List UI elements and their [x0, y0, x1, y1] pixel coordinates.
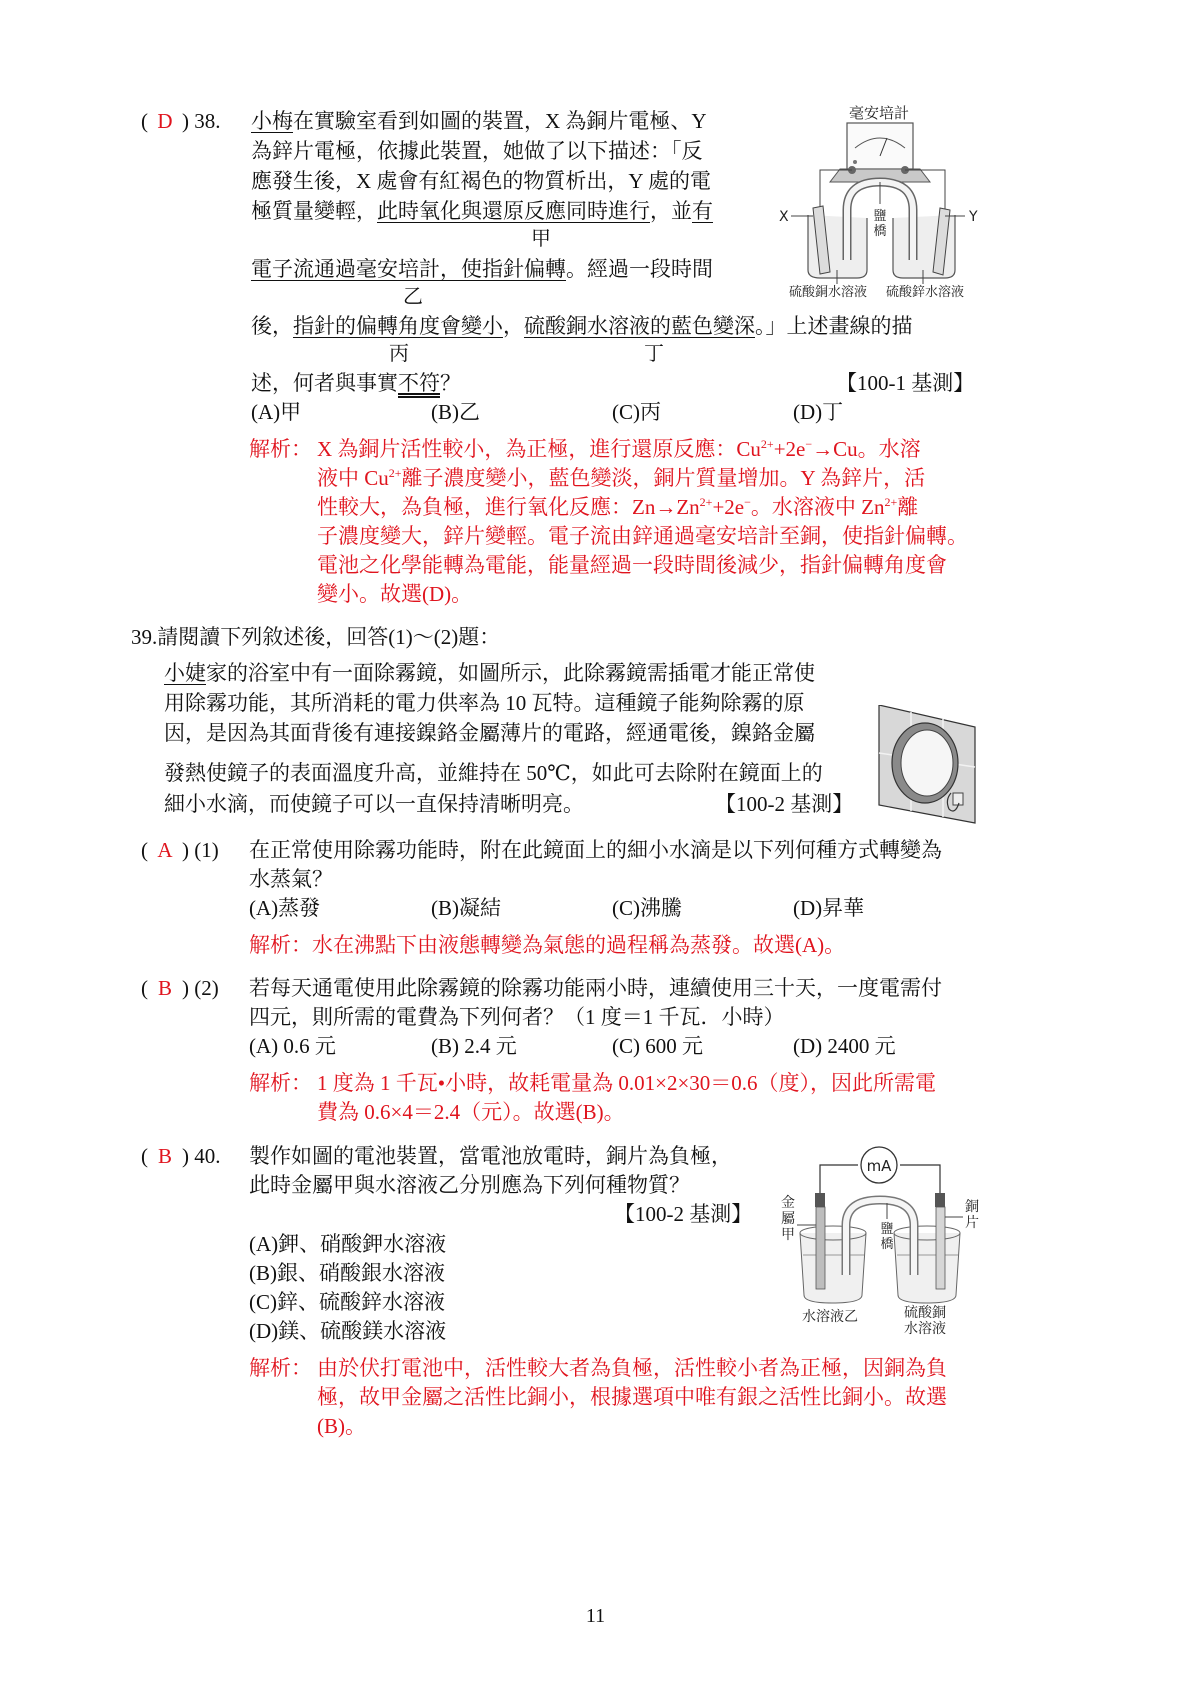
- meter-label: 毫安培計: [849, 104, 909, 122]
- svg-text:橋: 橋: [873, 223, 886, 239]
- question-text-line: 電子流通過毫安培計，使指針偏轉。經過一段時間: [251, 254, 713, 284]
- text-span: +2e: [774, 437, 806, 461]
- text-span: 述，何者與事實: [251, 371, 398, 395]
- passage-line: 小婕家的浴室中有一面除霧鏡，如圖所示，此除霧鏡需插電才能正常使: [164, 658, 815, 688]
- option-d: (D)鎂、硫酸鎂水溶液: [249, 1316, 446, 1346]
- analysis-line: 極，故甲金屬之活性比銅小，根據選項中唯有銀之活性比銅小。故選: [317, 1382, 947, 1412]
- answer-letter: B: [148, 973, 182, 1003]
- question-text-line: 若每天通電使用此除霧鏡的除霧功能兩小時，連續使用三十天，一度電需付: [249, 973, 942, 1003]
- passage-line: 因，是因為其面背後有連接鎳鉻金屬薄片的電路，經通電後，鎳鉻金屬: [164, 718, 815, 748]
- text-span: 極質量變輕，: [251, 199, 377, 223]
- superscript: 2+: [884, 495, 897, 509]
- answer-bracket-40: (B) 40.: [141, 1141, 221, 1171]
- question-text-line: 製作如圖的電池裝置，當電池放電時，銅片為負極，: [249, 1141, 732, 1171]
- question-text-line: 極質量變輕，此時氧化與還原反應同時進行，並有: [251, 196, 713, 226]
- answer-bracket-38: (D) 38.: [141, 106, 221, 136]
- analysis-line: (B)。: [317, 1411, 366, 1441]
- text-span: 家的浴室中有一面除霧鏡，如圖所示，此除霧鏡需插電才能正常使: [206, 661, 815, 685]
- answer-letter: A: [148, 835, 182, 865]
- superscript: 2+: [389, 466, 402, 480]
- option-c: (C)丙: [612, 397, 661, 427]
- option-c: (C) 600 元: [612, 1031, 703, 1061]
- text-span: ，: [503, 314, 524, 338]
- right-solution-label: 硫酸鋅水溶液: [886, 284, 964, 300]
- galvanic-cell-diagram: 毫安培計 鹽 橋 X: [775, 100, 985, 300]
- left-solution-label: 水溶液乙: [802, 1308, 858, 1325]
- analysis-label: 解析：: [249, 1353, 312, 1383]
- battery-diagram: mA 鹽 橋 金 屬 甲 銅 片: [780, 1145, 980, 1335]
- galvanic-cell-figure-38: 毫安培計 鹽 橋 X: [775, 100, 985, 300]
- analysis-line: 解析：水在沸點下由液態轉變為氣態的過程稱為蒸發。故選(A)。: [249, 930, 845, 960]
- question-39-header: 39.請閱讀下列敘述後，回答(1)～(2)題：: [131, 622, 500, 652]
- question-text-line: 後，指針的偏轉角度會變小，硫酸銅水溶液的藍色變深。」上述畫線的描: [251, 311, 913, 341]
- question-intro: 請閱讀下列敘述後，回答(1)～(2)題：: [157, 625, 500, 649]
- defog-mirror-illustration: [875, 705, 980, 825]
- option-d: (D)丁: [793, 397, 843, 427]
- svg-text:屬: 屬: [781, 1211, 795, 1227]
- marker-yi: 乙: [403, 282, 423, 312]
- text-span: +2e: [712, 495, 744, 519]
- analysis-line: 由於伏打電池中，活性較大者為負極，活性較小者為正極，因銅為負: [317, 1353, 947, 1383]
- person-name: 小婕: [164, 661, 206, 685]
- answer-letter: B: [148, 1141, 182, 1171]
- text-span: →Cu。水溶: [812, 437, 921, 461]
- text-span: 離子濃度變小，藍色變淡，銅片質量增加。Y 為鋅片，活: [402, 466, 926, 490]
- question-text-line: 四元，則所需的電費為下列何者？（1 度＝1 千瓦．小時）: [249, 1002, 785, 1032]
- svg-text:橋: 橋: [880, 1236, 893, 1252]
- right-solution-label: 硫酸銅: [904, 1305, 946, 1321]
- bracket-close: ): [182, 838, 189, 862]
- underlined-statement-bing: 指針的偏轉角度會變小: [293, 314, 503, 338]
- option-a: (A) 0.6 元: [249, 1031, 336, 1061]
- analysis-line: 電池之化學能轉為電能，能量經過一段時間後減少，指針偏轉角度會: [317, 550, 947, 580]
- text-span: 在實驗室看到如圖的裝置，X 為銅片電極、Y: [293, 109, 707, 133]
- bracket-close: ): [182, 976, 189, 1000]
- bracket-open: (: [141, 109, 148, 133]
- question-text-line: 小梅在實驗室看到如圖的裝置，X 為銅片電極、Y: [251, 106, 707, 136]
- passage-line: 用除霧功能，其所消耗的電力供率為 10 瓦特。這種鏡子能夠除霧的原: [164, 688, 805, 718]
- option-b: (B)銀、硝酸銀水溶液: [249, 1258, 445, 1288]
- analysis-line: 費為 0.6×4＝2.4（元）。故選(B)。: [317, 1097, 625, 1127]
- superscript: 2+: [761, 437, 774, 451]
- analysis-line: 子濃度變大，鋅片變輕。電子流由鋅通過毫安培計至銅，使指針偏轉。: [317, 521, 968, 551]
- underlined-statement-yi-start: 有: [692, 199, 713, 223]
- passage-line: 發熱使鏡子的表面溫度升高，並維持在 50℃，如此可去除附在鏡面上的: [164, 758, 823, 788]
- question-number: 40.: [194, 1144, 220, 1168]
- text-span: 離: [897, 495, 918, 519]
- defog-mirror-figure: [875, 705, 980, 825]
- option-d: (D) 2400 元: [793, 1031, 896, 1061]
- bracket-close: ): [182, 109, 189, 133]
- svg-text:銅: 銅: [965, 1199, 979, 1215]
- option-a: (A)甲: [251, 397, 301, 427]
- bracket-open: (: [141, 976, 148, 1000]
- analysis-line: 變小。故選(D)。: [317, 579, 472, 609]
- underlined-statement-yi: 電子流通過毫安培計，使指針偏轉: [251, 257, 566, 281]
- double-underlined-text: 不符: [398, 371, 440, 395]
- option-d: (D)昇華: [793, 893, 864, 923]
- svg-text:mA: mA: [867, 1157, 893, 1175]
- question-text-line: 此時金屬甲與水溶液乙分別應為下列何種物質？: [249, 1170, 690, 1200]
- marker-bing: 丙: [389, 339, 409, 369]
- text-span: ，並: [650, 199, 692, 223]
- exam-source-tag: 【100-2 基測】: [614, 1199, 752, 1229]
- svg-text:鹽: 鹽: [873, 209, 886, 224]
- superscript: −: [744, 495, 751, 509]
- bracket-open: (: [141, 1144, 148, 1168]
- svg-text:鹽: 鹽: [880, 1222, 893, 1237]
- svg-text:甲: 甲: [781, 1227, 795, 1243]
- text-span: ？: [440, 371, 461, 395]
- superscript: 2+: [700, 495, 713, 509]
- question-text-line: 應發生後，X 處會有紅褐色的物質析出，Y 處的電: [251, 166, 711, 196]
- text-span: 後，: [251, 314, 293, 338]
- text-span: 液中 Cu: [317, 466, 389, 490]
- text-span: 。水溶液中 Zn: [751, 495, 885, 519]
- underlined-statement-jia: 此時氧化與還原反應同時進行: [377, 199, 650, 223]
- question-text-line: 為鋅片電極，依據此裝置，她做了以下描述：「反: [251, 136, 703, 166]
- text-span: X 為銅片活性較小，為正極，進行還原反應：Cu: [317, 437, 761, 461]
- exam-source-tag: 【100-1 基測】: [836, 368, 974, 398]
- left-solution-label: 硫酸銅水溶液: [789, 284, 867, 300]
- option-a: (A)蒸發: [249, 893, 320, 923]
- option-b: (B) 2.4 元: [431, 1031, 517, 1061]
- answer-letter: D: [148, 106, 182, 136]
- option-b: (B)乙: [431, 397, 480, 427]
- option-c: (C)沸騰: [612, 893, 682, 923]
- option-b: (B)凝結: [431, 893, 501, 923]
- analysis-text: 水在沸點下由液態轉變為氣態的過程稱為蒸發。故選(A)。: [312, 933, 845, 957]
- question-number: 39.: [131, 625, 157, 649]
- analysis-line: 液中 Cu2+離子濃度變小，藍色變淡，銅片質量增加。Y 為鋅片，活: [317, 463, 925, 493]
- sub-question-number: (2): [194, 976, 219, 1000]
- analysis-label: 解析：: [249, 933, 312, 957]
- svg-text:金: 金: [781, 1195, 795, 1211]
- passage-line: 細小水滴，而使鏡子可以一直保持清晰明亮。: [164, 789, 584, 819]
- electrode-y-label: Y: [968, 209, 978, 225]
- sub-question-number: (1): [194, 838, 219, 862]
- bracket-close: ): [182, 1144, 189, 1168]
- battery-setup-figure-40: mA 鹽 橋 金 屬 甲 銅 片: [780, 1145, 980, 1335]
- question-text-line: 水蒸氣？: [249, 864, 333, 894]
- sub-question-1: (A) (1): [141, 835, 219, 865]
- question-number: 38.: [194, 109, 220, 133]
- analysis-line: X 為銅片活性較小，為正極，進行還原反應：Cu2++2e−→Cu。水溶: [317, 434, 921, 464]
- option-c: (C)鋅、硫酸鋅水溶液: [249, 1287, 445, 1317]
- marker-jia: 甲: [531, 224, 551, 254]
- underlined-statement-ding: 硫酸銅水溶液的藍色變深: [524, 314, 755, 338]
- svg-text:水溶液: 水溶液: [904, 1320, 946, 1335]
- electrode-x-label: X: [779, 209, 789, 225]
- analysis-label: 解析：: [249, 434, 312, 464]
- bracket-open: (: [141, 838, 148, 862]
- marker-ding: 丁: [644, 339, 664, 369]
- text-span: 性較大，為負極，進行氧化反應：Zn→Zn: [317, 495, 700, 519]
- question-text-line: 在正常使用除霧功能時，附在此鏡面上的細小水滴是以下列何種方式轉變為: [249, 835, 942, 865]
- option-a: (A)鉀、硝酸鉀水溶液: [249, 1229, 446, 1259]
- analysis-line: 性較大，為負極，進行氧化反應：Zn→Zn2++2e−。水溶液中 Zn2+離: [317, 492, 918, 522]
- page-number: 11: [0, 1601, 1191, 1631]
- text-span: 。」上述畫線的描: [755, 314, 913, 338]
- question-text-line: 述，何者與事實不符？: [251, 368, 461, 398]
- sub-question-2: (B) (2): [141, 973, 219, 1003]
- text-span: 。經過一段時間: [566, 257, 713, 281]
- exam-source-tag: 【100-2 基測】: [715, 789, 853, 819]
- analysis-label: 解析：: [249, 1068, 312, 1098]
- person-name: 小梅: [251, 109, 293, 133]
- svg-text:片: 片: [965, 1214, 979, 1231]
- analysis-line: 1 度為 1 千瓦•小時，故耗電量為 0.01×2×30＝0.6（度），因此所需…: [317, 1068, 936, 1098]
